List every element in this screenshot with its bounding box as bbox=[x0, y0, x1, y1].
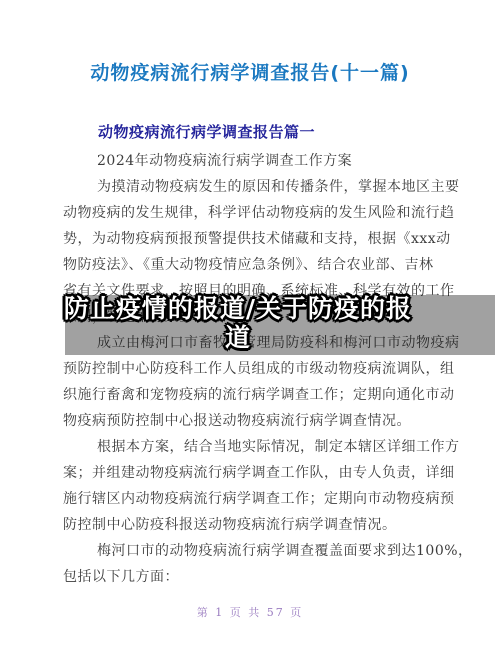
document-title: 动物疫病流行病学调查报告(十一篇) bbox=[0, 58, 500, 85]
body-line: 防控制中心防疫科报送动物疫病流行病学调查情况。 bbox=[63, 516, 397, 542]
body-line: 为摸清动物疫病发生的原因和传播条件，掌握本地区主要 bbox=[97, 178, 460, 204]
body-line: 物防疫法》、《重大动物疫情应急条例》、结合农业部、吉林 bbox=[63, 256, 434, 282]
document-page: 动物疫病流行病学调查报告(十一篇) 动物疫病流行病学调查报告篇一 2024年动物… bbox=[0, 0, 500, 647]
body-line: 势，为动物疫病预报预警提供技术储藏和支持，根据《xxx动 bbox=[63, 230, 451, 256]
body-line: 预防控制中心防疫科工作人员组成的市级动物疫病流调队，组 bbox=[63, 360, 455, 386]
section-heading: 动物疫病流行病学调查报告篇一 bbox=[98, 121, 315, 142]
body-line: 施行辖区内动物疫病流行病学调查工作；定期向市动物疫病预 bbox=[63, 490, 455, 516]
body-line: 梅河口市的动物疫病流行病学调查覆盖面要求到达100%， bbox=[97, 542, 473, 568]
watermark-overlay: 防止疫情的报道/关于防疫的报 道 bbox=[63, 294, 413, 352]
body-line: 织施行畜禽和宠物疫病的流行病学调查工作；定期向通化市动 bbox=[63, 386, 455, 412]
body-line: 根据本方案，结合当地实际情况，制定本辖区详细工作方 bbox=[97, 438, 460, 464]
watermark-text-line: 防止疫情的报道/关于防疫的报 bbox=[63, 294, 413, 323]
watermark-text-line: 道 bbox=[63, 323, 413, 352]
body-line: 动物疫病的发生规律，科学评估动物疫病的发生风险和流行趋 bbox=[63, 204, 455, 230]
page-footer: 第 1 页 共 57 页 bbox=[0, 604, 500, 620]
body-line: 包括以下几方面： bbox=[63, 568, 179, 594]
body-line: 案；并组建动物疫病流行病学调查工作队，由专人负责，详细 bbox=[63, 464, 455, 490]
body-line: 物疫病预防控制中心报送动物疫病流行病学调查情况。 bbox=[63, 412, 411, 438]
body-line: 2024年动物疫病流行病学调查工作方案 bbox=[97, 152, 352, 178]
